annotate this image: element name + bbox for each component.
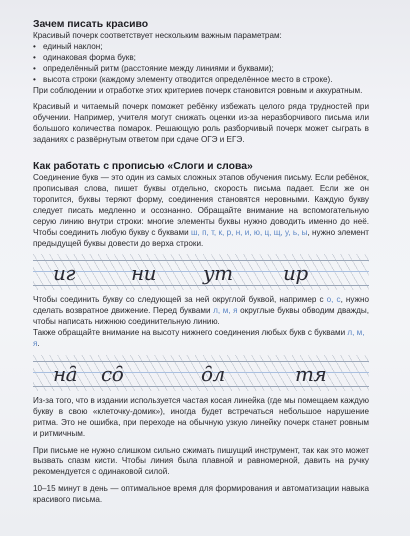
script-word: о̑л	[201, 362, 225, 386]
list-item: высота строки (каждому элементу отводитс…	[33, 75, 369, 86]
handwriting-example-2: на̑ со̑ о̑л тя	[33, 355, 369, 391]
script-word: со̑	[101, 362, 123, 386]
criteria-list: единый наклон; одинаковая форма букв; оп…	[33, 42, 369, 86]
script-word: ир	[283, 261, 308, 285]
highlight-letters: ш, п, т, к, р, н, и, ю, ц, щ, у, ь, ы	[191, 228, 307, 237]
list-item: одинаковая форма букв;	[33, 53, 369, 64]
list-item: единый наклон;	[33, 42, 369, 53]
script-word: иг	[53, 261, 75, 285]
list-item: определённый ритм (расстояние между лини…	[33, 64, 369, 75]
script-word: тя	[295, 362, 326, 386]
script-word: на̑	[53, 362, 77, 386]
handwriting-example-1: иг ни ут ир	[33, 254, 369, 290]
ruling-note-paragraph: Из-за того, что в издании используется ч…	[33, 396, 369, 440]
highlight-letters: о, с	[327, 295, 341, 304]
section-title-why: Зачем писать красиво	[33, 18, 369, 31]
highlight-letters: л, м, я	[213, 306, 237, 315]
script-word: ут	[203, 261, 233, 285]
daily-time-paragraph: 10–15 минут в день — оптимальное время д…	[33, 484, 369, 506]
round-letters-paragraph: Чтобы соединить букву со следующей за не…	[33, 295, 369, 328]
joining-paragraph: Соединение букв — это один из самых слож…	[33, 173, 369, 249]
low-join-paragraph: Также обращайте внимание на высоту нижне…	[33, 328, 369, 350]
intro-text: Красивый почерк соответствует нескольким…	[33, 31, 369, 42]
document-page: Зачем писать красиво Красивый почерк соо…	[33, 18, 369, 506]
script-word: ни	[131, 261, 156, 285]
grip-paragraph: При письме не нужно слишком сильно сжима…	[33, 446, 369, 479]
benefits-paragraph: Красивый и читаемый почерк поможет ребён…	[33, 102, 369, 146]
section-title-how: Как работать с прописью «Слоги и слова»	[33, 160, 369, 173]
criteria-summary: При соблюдении и отработке этих критерие…	[33, 86, 369, 97]
